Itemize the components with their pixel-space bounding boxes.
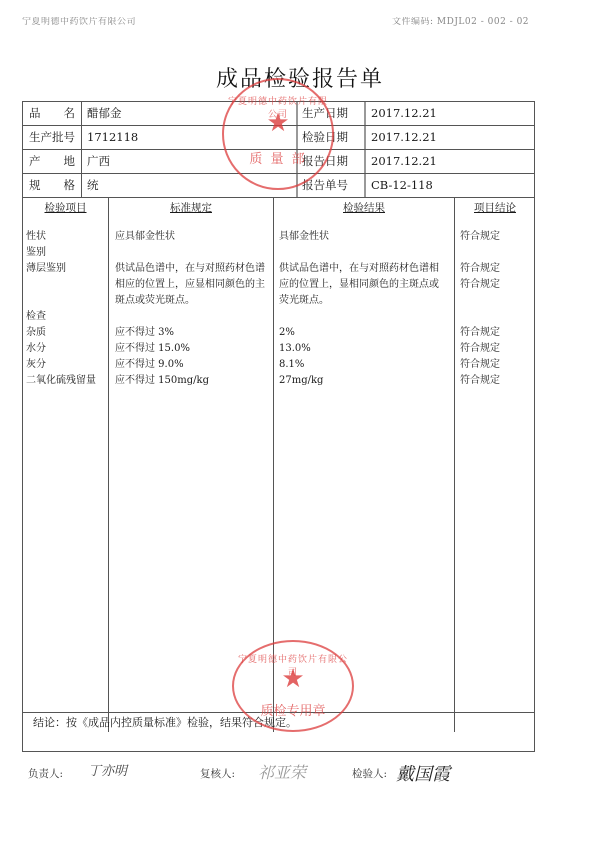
item-cell: 二氧化硫残留量 bbox=[26, 374, 96, 388]
item-cell: 水分 bbox=[26, 342, 46, 356]
column-header-item: 检验项目 bbox=[23, 200, 108, 215]
value-production-date: 2017.12.21 bbox=[366, 102, 535, 125]
label-production-date: 生产日期 bbox=[298, 102, 366, 125]
reviewer-label: 复核人: bbox=[200, 766, 235, 781]
value-inspection-date: 2017.12.21 bbox=[366, 126, 535, 149]
inspection-details: 检验项目 标准规定 检验结果 项目结论 性状应具郁金性状具郁金性状符合规定鉴别薄… bbox=[23, 198, 534, 732]
label-report-date: 报告日期 bbox=[298, 150, 366, 173]
info-row-product-name: 品名 醋郁金 生产日期 2017.12.21 bbox=[23, 102, 534, 126]
value-report-number: CB-12-118 bbox=[366, 174, 535, 197]
info-row-spec: 规格 统 报告单号 CB-12-118 bbox=[23, 174, 534, 198]
item-cell: 鉴别 bbox=[26, 246, 46, 260]
label-spec-b: 格 bbox=[64, 174, 76, 197]
conclusion-cell: 符合规定 bbox=[460, 230, 500, 244]
conclusion-cell: 符合规定 bbox=[460, 278, 500, 292]
result-cell: 具郁金性状 bbox=[279, 230, 329, 244]
divider bbox=[454, 198, 455, 732]
item-cell: 性状 bbox=[26, 230, 46, 244]
column-header-standard: 标准规定 bbox=[109, 200, 273, 215]
conclusion-cell: 符合规定 bbox=[460, 358, 500, 372]
report-table: 品名 醋郁金 生产日期 2017.12.21 生产批号 1712118 检验日期… bbox=[22, 101, 535, 752]
result-cell: 2% bbox=[279, 326, 295, 340]
info-row-batch: 生产批号 1712118 检验日期 2017.12.21 bbox=[23, 126, 534, 150]
conclusion-cell: 符合规定 bbox=[460, 342, 500, 356]
value-spec: 统 bbox=[82, 174, 298, 197]
item-cell: 杂质 bbox=[26, 326, 46, 340]
standard-cell: 应不得过 9.0% bbox=[115, 358, 184, 372]
result-cell: 8.1% bbox=[279, 358, 304, 372]
label-origin-a: 产 bbox=[29, 150, 41, 173]
info-row-origin: 产地 广西 报告日期 2017.12.21 bbox=[23, 150, 534, 174]
company-header: 宁夏明德中药饮片有限公司 bbox=[22, 14, 136, 27]
responsible-signature: 丁亦明 bbox=[88, 760, 127, 779]
responsible-label: 负责人: bbox=[28, 766, 63, 781]
standard-cell: 应不得过 15.0% bbox=[115, 342, 190, 356]
conclusion-cell: 符合规定 bbox=[460, 262, 500, 276]
label-product-name-a: 品 bbox=[29, 102, 41, 125]
reviewer-signature: 祁亚荣 bbox=[258, 760, 306, 783]
standard-cell: 相应的位置上，应显相同颜色的主 bbox=[115, 278, 265, 292]
column-header-conclusion: 项目结论 bbox=[455, 200, 535, 215]
report-title: 成品检验报告单 bbox=[0, 62, 600, 93]
divider bbox=[108, 198, 109, 732]
label-product-name-b: 名 bbox=[64, 102, 76, 125]
value-product-name: 醋郁金 bbox=[82, 102, 298, 125]
standard-cell: 应不得过 3% bbox=[115, 326, 174, 340]
signature-row: 负责人: 丁亦明 复核人: 祁亚荣 检验人: 戴国霞 bbox=[0, 762, 600, 786]
standard-cell: 应具郁金性状 bbox=[115, 230, 175, 244]
label-batch-number: 生产批号 bbox=[23, 126, 82, 149]
label-inspection-date: 检验日期 bbox=[298, 126, 366, 149]
standard-cell: 斑点或荧光斑点。 bbox=[115, 294, 195, 308]
divider bbox=[273, 198, 274, 732]
result-cell: 13.0% bbox=[279, 342, 311, 356]
result-cell: 供试品色谱中，在与对照药材色谱相 bbox=[279, 262, 439, 276]
column-header-result: 检验结果 bbox=[274, 200, 454, 215]
value-report-date: 2017.12.21 bbox=[366, 150, 535, 173]
standard-cell: 供试品色谱中，在与对照药材色谱 bbox=[115, 262, 265, 276]
conclusion-text: 结论：按《成品内控质量标准》检验，结果符合规定。 bbox=[23, 712, 534, 732]
inspector-signature: 戴国霞 bbox=[396, 760, 450, 786]
result-cell: 27mg/kg bbox=[279, 374, 323, 388]
value-origin: 广西 bbox=[82, 150, 298, 173]
label-origin-b: 地 bbox=[64, 150, 76, 173]
result-cell: 应的位置上，显相同颜色的主斑点或 bbox=[279, 278, 439, 292]
item-cell: 薄层鉴别 bbox=[26, 262, 66, 276]
value-batch-number: 1712118 bbox=[82, 126, 298, 149]
item-cell: 灰分 bbox=[26, 358, 46, 372]
label-spec-a: 规 bbox=[29, 174, 41, 197]
result-cell: 荧光斑点。 bbox=[279, 294, 329, 308]
inspector-label: 检验人: bbox=[352, 766, 387, 781]
item-cell: 检查 bbox=[26, 310, 46, 324]
label-report-number: 报告单号 bbox=[298, 174, 366, 197]
conclusion-cell: 符合规定 bbox=[460, 374, 500, 388]
conclusion-cell: 符合规定 bbox=[460, 326, 500, 340]
standard-cell: 应不得过 150mg/kg bbox=[115, 374, 209, 388]
document-code: 文件编码: MDJL02 - 002 - 02 bbox=[392, 14, 529, 27]
